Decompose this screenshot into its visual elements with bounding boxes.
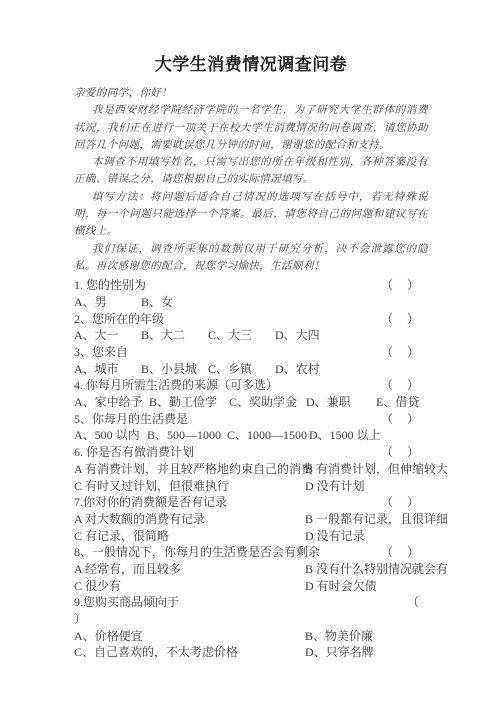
intro-paragraph: 填写方法：将问题后适合自己情况的选项写在括号中，若无特殊说明，每一个问题只能选择… [74, 189, 428, 241]
answer-bracket: （ ） [381, 311, 420, 328]
option: B 没有什么特别情况就会有 [305, 561, 448, 578]
option: A、价格便宜 [74, 628, 143, 645]
option-row: A、家中给予B、勤工俭学C、奖助学金D、兼职E、借贷 [74, 394, 428, 411]
question-text: 8、一般情况下，你每月的生活费是否会有剩余 [74, 544, 320, 561]
questionnaire-page: 大学生消费情况调查问卷 亲爱的同学，你好！ 我是西安财经学院经济学院的一名学生，… [0, 0, 500, 708]
intro-paragraph: 本调查不用填写姓名，只需写出您的所在年级和性别，各种答案没有正确、错误之分，请您… [74, 154, 428, 189]
intro-paragraph: 我们保证，调查所采集的数据仅用于研究分析，决不会泄露您的隐私。再次感谢您的配合，… [74, 241, 428, 276]
answer-bracket: （ ） [381, 377, 420, 394]
question-2: 2、您所在的年级（ ）A、大一B、大二C、大三D、大四 [74, 311, 428, 344]
intro-greeting: 亲爱的同学，你好！ [74, 85, 428, 102]
option: E、借贷 [376, 394, 419, 411]
answer-bracket-open: （ [407, 594, 420, 611]
option: D 有时会欠债 [305, 578, 377, 595]
option: A、男 [74, 294, 107, 311]
question-4: 4. 你每月所需生活费的来源（可多选）（ ）A、家中给予B、勤工俭学C、奖助学金… [74, 377, 428, 410]
option: B、物美价廉 [305, 628, 373, 645]
option-row: C 很少有D 有时会欠债 [74, 578, 428, 595]
option: A 对大数额的消费有记录 [74, 511, 205, 528]
option: A 有消费计划，并且较严格地约束自己的消费 [74, 461, 313, 478]
option-row: A 经常有，而且较多B 没有什么特别情况就会有 [74, 561, 428, 578]
option: B、勤工俭学 [149, 394, 217, 411]
option: B 有消费计划，但伸缩较大 [305, 461, 448, 478]
question-line: 7.你对你的消费额是否有记录（ ） [74, 494, 428, 511]
answer-bracket: （ ） [381, 544, 420, 561]
option-row: A 有消费计划，并且较严格地约束自己的消费B 有消费计划，但伸缩较大 [74, 461, 428, 478]
option: C、大三 [208, 327, 252, 344]
intro-paragraphs: 我是西安财经学院经济学院的一名学生，为了研究大学生群体的消费状况，我们正在进行一… [74, 102, 428, 275]
answer-bracket: （ ） [381, 411, 420, 428]
option: C 有记录，很简略 [74, 528, 169, 545]
document-title: 大学生消费情况调查问卷 [74, 54, 428, 76]
option-row: A、男B、女 [74, 294, 428, 311]
question-line: 9.您购买商品倾向于（ [74, 594, 428, 611]
option: D 没有计划 [305, 478, 365, 495]
question-5: 5、你每月的生活费是（ ）A、500 以内B、500—1000C、1000—15… [74, 411, 428, 444]
answer-bracket: （ ） [381, 444, 420, 461]
question-text: 5、你每月的生活费是 [74, 411, 188, 428]
option-row: A、500 以内B、500—1000C、1000—1500D、1500 以上 [74, 427, 428, 444]
question-9: 9.您购买商品倾向于（）A、价格便宜B、物美价廉C、自己喜欢的，不太考虑价格D、… [74, 594, 428, 661]
option: A、家中给予 [74, 394, 143, 411]
question-text: 6. 你是否有做消费计划 [74, 444, 194, 461]
question-text: 1. 您的性别为 [74, 277, 146, 294]
page-content: 大学生消费情况调查问卷 亲爱的同学，你好！ 我是西安财经学院经济学院的一名学生，… [74, 54, 428, 661]
question-line: 5、你每月的生活费是（ ） [74, 411, 428, 428]
answer-bracket: （ ） [381, 494, 420, 511]
question-text: 3、您来自 [74, 344, 128, 361]
question-8: 8、一般情况下，你每月的生活费是否会有剩余（ ）A 经常有，而且较多B 没有什么… [74, 544, 428, 594]
option: C、1000—1500 [227, 427, 307, 444]
option-row: C 有时又过计划，但很难执行D 没有计划 [74, 478, 428, 495]
option-row: A、价格便宜B、物美价廉 [74, 628, 428, 645]
option: A 经常有，而且较多 [74, 561, 181, 578]
question-6: 6. 你是否有做消费计划（ ）A 有消费计划，并且较严格地约束自己的消费B 有消… [74, 444, 428, 494]
option: B、小县城 [141, 361, 197, 378]
option: A、城市 [74, 361, 119, 378]
option: C、乡镇 [208, 361, 252, 378]
option: C、自己喜欢的，不太考虑价格 [74, 644, 238, 661]
option-row: A、城市B、小县城C、乡镇D、农村 [74, 361, 428, 378]
option: D、1500 以上 [309, 427, 381, 444]
option: A、大一 [74, 327, 119, 344]
option: A、500 以内 [74, 427, 140, 444]
option: D 没有记录 [305, 528, 365, 545]
option: C、奖助学金 [229, 394, 297, 411]
intro-paragraph: 我是西安财经学院经济学院的一名学生，为了研究大学生群体的消费状况，我们正在进行一… [74, 102, 428, 154]
option: B、女 [141, 294, 173, 311]
answer-bracket-close: ） [74, 611, 428, 628]
question-7: 7.你对你的消费额是否有记录（ ）A 对大数额的消费有记录B 一般都有记录，且很… [74, 494, 428, 544]
question-text: 9.您购买商品倾向于 [74, 594, 179, 611]
option: D、只穿名牌 [305, 644, 374, 661]
option: B 一般都有记录，且很详细 [305, 511, 448, 528]
option: C 很少有 [74, 578, 121, 595]
question-line: 3、您来自（ ） [74, 344, 428, 361]
option: B、大二 [141, 327, 185, 344]
answer-bracket: （ ） [381, 277, 420, 294]
option-row: C 有记录，很简略D 没有记录 [74, 528, 428, 545]
option: D、农村 [275, 361, 320, 378]
question-line: 1. 您的性别为（ ） [74, 277, 428, 294]
option-row: A、大一B、大二C、大三D、大四 [74, 327, 428, 344]
question-line: 4. 你每月所需生活费的来源（可多选）（ ） [74, 377, 428, 394]
intro-section: 亲爱的同学，你好！ 我是西安财经学院经济学院的一名学生，为了研究大学生群体的消费… [74, 85, 428, 275]
question-1: 1. 您的性别为（ ）A、男B、女 [74, 277, 428, 310]
option: C 有时又过计划，但很难执行 [74, 478, 229, 495]
answer-bracket: （ ） [381, 344, 420, 361]
questions-list: 1. 您的性别为（ ）A、男B、女2、您所在的年级（ ）A、大一B、大二C、大三… [74, 277, 428, 661]
option: B、500—1000 [147, 427, 221, 444]
question-line: 6. 你是否有做消费计划（ ） [74, 444, 428, 461]
question-text: 4. 你每月所需生活费的来源（可多选） [74, 377, 278, 394]
option-row: A 对大数额的消费有记录B 一般都有记录，且很详细 [74, 511, 428, 528]
option-row: C、自己喜欢的，不太考虑价格D、只穿名牌 [74, 644, 428, 661]
option: D、大四 [275, 327, 320, 344]
question-text: 7.你对你的消费额是否有记录 [74, 494, 227, 511]
question-line: 2、您所在的年级（ ） [74, 311, 428, 328]
option: D、兼职 [306, 394, 351, 411]
question-text: 2、您所在的年级 [74, 311, 164, 328]
question-line: 8、一般情况下，你每月的生活费是否会有剩余（ ） [74, 544, 428, 561]
question-3: 3、您来自（ ）A、城市B、小县城C、乡镇D、农村 [74, 344, 428, 377]
